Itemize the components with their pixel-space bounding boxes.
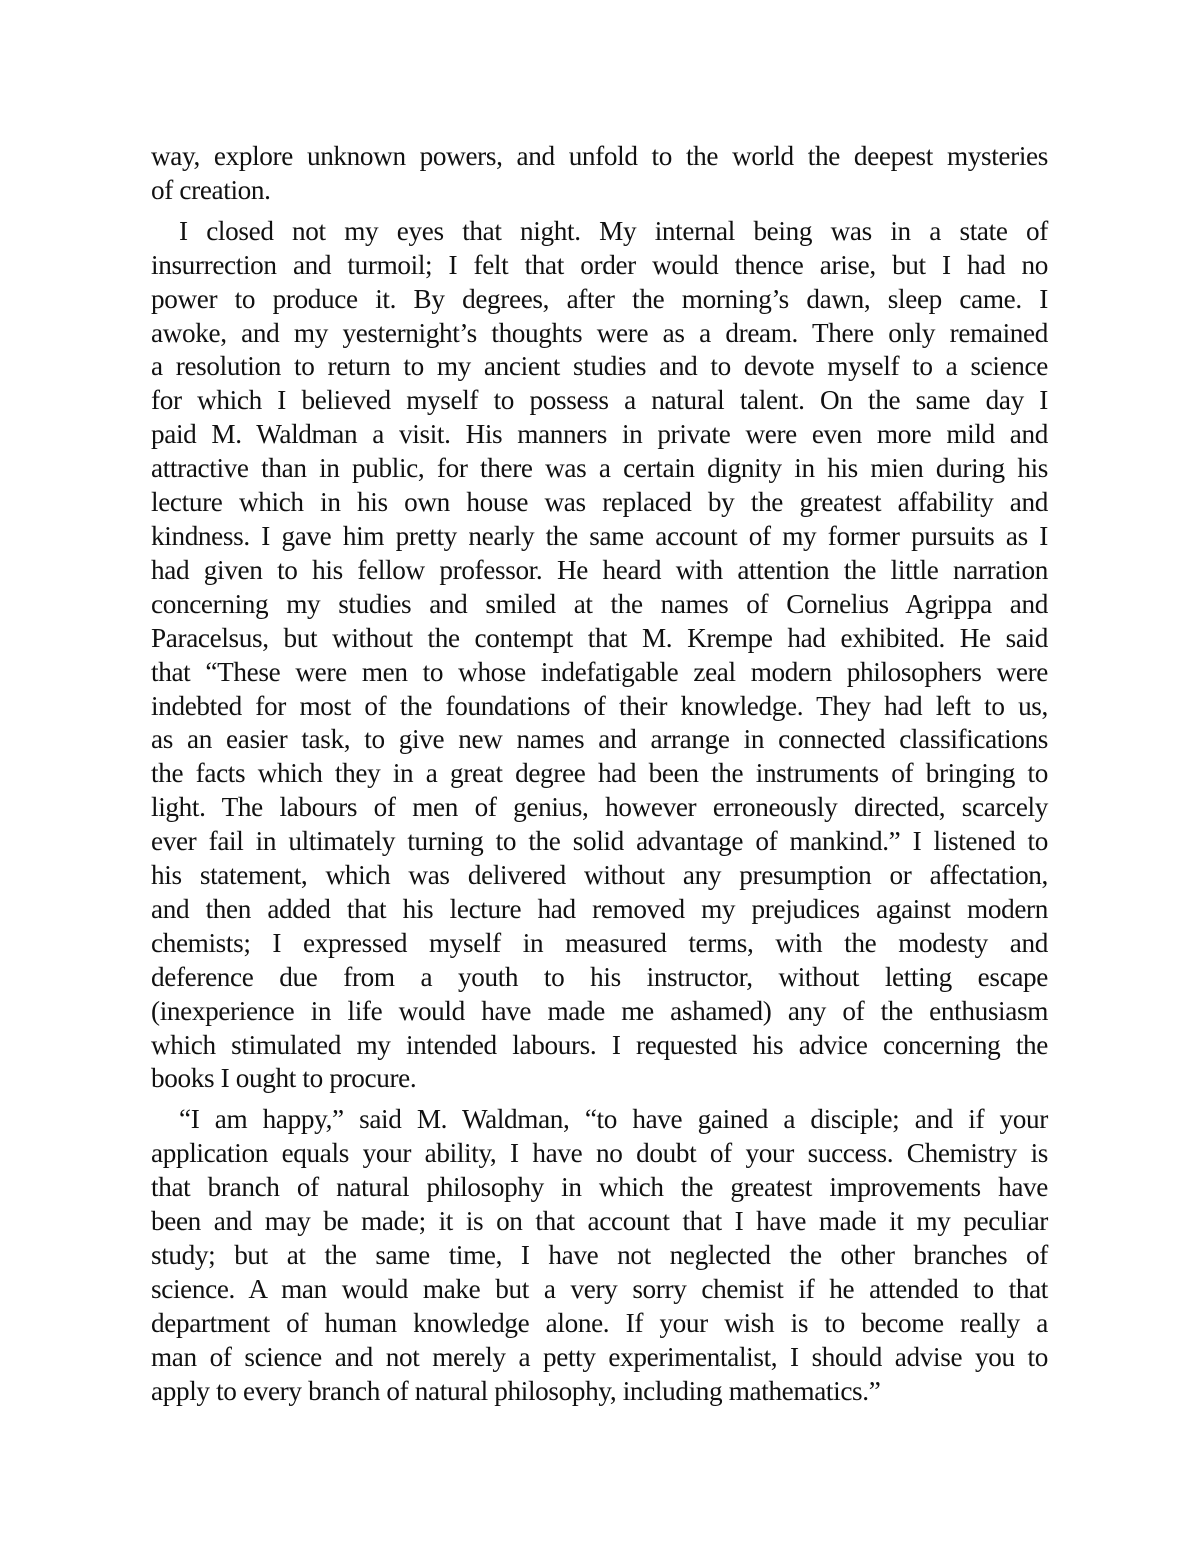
text-line: paid M. Waldman a visit. His manners in …: [151, 418, 1048, 452]
text-line: application equals your ability, I have …: [151, 1137, 1048, 1171]
text-line: a resolution to return to my ancient stu…: [151, 350, 1048, 384]
text-line: man of science and not merely a petty ex…: [151, 1341, 1048, 1375]
book-page: way, explore unknown powers, and unfold …: [151, 140, 1048, 1416]
text-line: books I ought to procure.: [151, 1062, 1048, 1096]
text-line: been and may be made; it is on that acco…: [151, 1205, 1048, 1239]
text-line: (inexperience in life would have made me…: [151, 995, 1048, 1029]
text-line: attractive than in public, for there was…: [151, 452, 1048, 486]
text-line: power to produce it. By degrees, after t…: [151, 283, 1048, 317]
text-line: insurrection and turmoil; I felt that or…: [151, 249, 1048, 283]
text-line: and then added that his lecture had remo…: [151, 893, 1048, 927]
text-line: science. A man would make but a very sor…: [151, 1273, 1048, 1307]
text-line: Paracelsus, but without the contempt tha…: [151, 622, 1048, 656]
text-line: that branch of natural philosophy in whi…: [151, 1171, 1048, 1205]
text-line: chemists; I expressed myself in measured…: [151, 927, 1048, 961]
text-line: indebted for most of the foundations of …: [151, 690, 1048, 724]
text-line: his statement, which was delivered witho…: [151, 859, 1048, 893]
text-line: study; but at the same time, I have not …: [151, 1239, 1048, 1273]
text-line: as an easier task, to give new names and…: [151, 723, 1048, 757]
text-line: ever fail in ultimately turning to the s…: [151, 825, 1048, 859]
text-line: of creation.: [151, 174, 1048, 208]
text-line: kindness. I gave him pretty nearly the s…: [151, 520, 1048, 554]
paragraph-waldman-speech: “I am happy,” said M. Waldman, “to have …: [151, 1103, 1048, 1408]
paragraph-sleepless-night: I closed not my eyes that night. My inte…: [151, 215, 1048, 1097]
text-line: light. The labours of men of genius, how…: [151, 791, 1048, 825]
text-line: awoke, and my yesternight’s thoughts wer…: [151, 317, 1048, 351]
text-line: apply to every branch of natural philoso…: [151, 1375, 1048, 1409]
text-line: way, explore unknown powers, and unfold …: [151, 140, 1048, 174]
text-line: had given to his fellow professor. He he…: [151, 554, 1048, 588]
text-line: the facts which they in a great degree h…: [151, 757, 1048, 791]
text-line: for which I believed myself to possess a…: [151, 384, 1048, 418]
text-line: deference due from a youth to his instru…: [151, 961, 1048, 995]
text-line: “I am happy,” said M. Waldman, “to have …: [151, 1103, 1048, 1137]
text-line: department of human knowledge alone. If …: [151, 1307, 1048, 1341]
paragraph-continuation: way, explore unknown powers, and unfold …: [151, 140, 1048, 208]
text-line: which stimulated my intended labours. I …: [151, 1029, 1048, 1063]
text-line: I closed not my eyes that night. My inte…: [151, 215, 1048, 249]
text-line: concerning my studies and smiled at the …: [151, 588, 1048, 622]
text-line: that “These were men to whose indefatiga…: [151, 656, 1048, 690]
text-line: lecture which in his own house was repla…: [151, 486, 1048, 520]
